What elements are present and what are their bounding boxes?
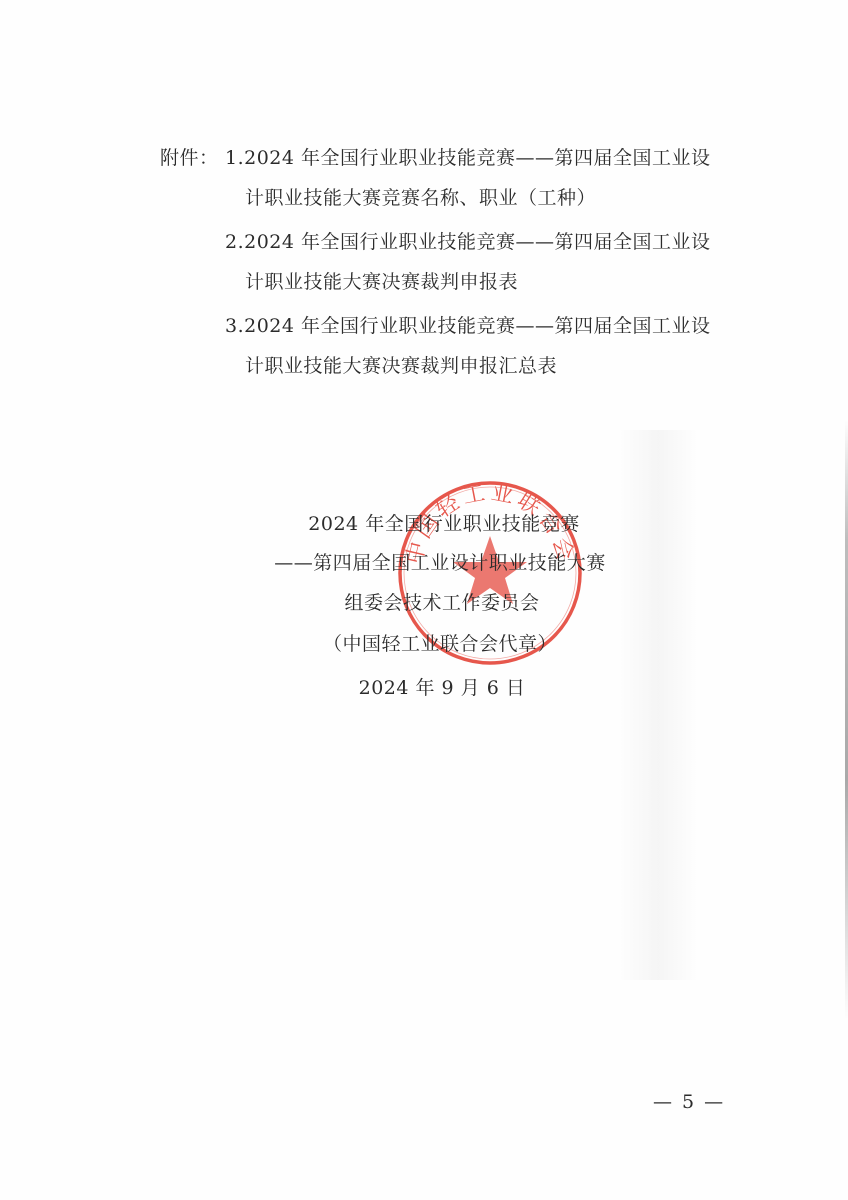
attachment-1-line-1: 1.2024 年全国行业职业技能竞赛——第四届全国工业设 (225, 146, 711, 170)
page-number: — 5 — (653, 1090, 725, 1114)
signature-line-3: 组委会技术工作委员会 (18, 591, 848, 615)
signature-date: 2024 年 9 月 6 日 (18, 676, 848, 700)
document-page: 附件： 1.2024 年全国行业职业技能竞赛——第四届全国工业设 计职业技能大赛… (0, 0, 848, 1200)
attachment-1-line-2: 计职业技能大赛竞赛名称、职业（工种） (245, 186, 596, 210)
signature-line-4: （中国轻工业联合会代章） (16, 632, 848, 656)
attachment-3-line-2: 计职业技能大赛决赛裁判申报汇总表 (245, 354, 557, 378)
signature-line-1: 2024 年全国行业职业技能竞赛 (20, 512, 848, 536)
attachment-3-line-1: 3.2024 年全国行业职业技能竞赛——第四届全国工业设 (225, 314, 711, 338)
attachment-2-line-2: 计职业技能大赛决赛裁判申报表 (245, 270, 518, 294)
attachments-label: 附件： (160, 146, 219, 170)
signature-line-2: ——第四届全国工业设计职业技能大赛 (16, 551, 848, 575)
attachment-2-line-1: 2.2024 年全国行业职业技能竞赛——第四届全国工业设 (225, 230, 711, 254)
